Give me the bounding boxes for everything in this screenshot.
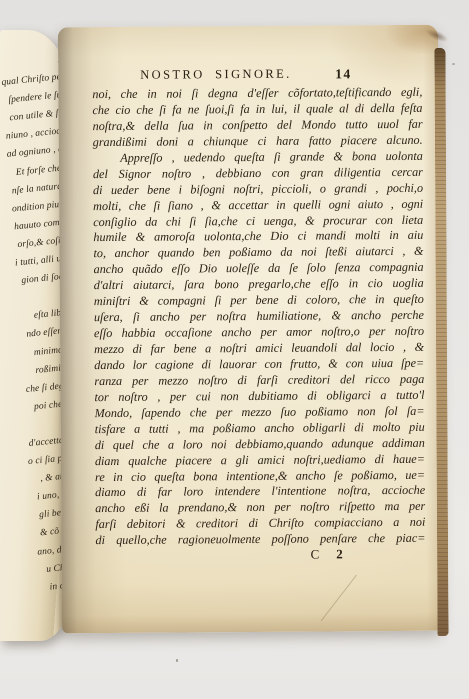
body-line: di quel che a loro noi debbiamo,quando a… <box>95 435 425 453</box>
book-photograph: Lqual Chriſto perſpendere le ſuacon util… <box>0 0 469 699</box>
page-number: 14 <box>335 66 352 82</box>
signature-mark: C 2 <box>311 546 343 562</box>
running-header: NOSTRO SIGNORE. 14 <box>58 66 438 86</box>
body-line: tor noſtro , per cui non dubitiamo di ob… <box>94 388 424 406</box>
body-line: Mondo, ſapendo che per mezzo ſuo poßiamo… <box>95 404 425 422</box>
dust-speck <box>176 659 178 662</box>
body-line: Appreſſo , uedendo queſta ſi grande & bo… <box>93 149 423 167</box>
recto-page: NOSTRO SIGNORE. 14 noi, che in noi ſi de… <box>58 25 442 634</box>
body-line: tisfare a tutti , ma poßiamo ancho oblig… <box>95 419 425 437</box>
body-line: di quello,che ragioneuolmente poſſono pe… <box>95 531 425 549</box>
body-line: grandißimi doni a chiunque ci hara fatto… <box>93 133 423 151</box>
body-line: del Signor noſtro , debbiano con gran di… <box>93 164 423 182</box>
signature-letter: C <box>311 547 320 563</box>
header-title: NOSTRO SIGNORE. <box>140 67 292 83</box>
crease-line <box>321 575 357 622</box>
dust-speck <box>452 63 455 65</box>
body-line: di ueder bene i biſogni noſtri, piccioli… <box>93 180 423 198</box>
fore-edge <box>434 48 448 636</box>
body-line: molti, che ſi ſiano , & accettar in quel… <box>93 196 423 214</box>
signature-number: 2 <box>336 546 343 562</box>
body-line: diam qualche piacere a gli amici noſtri,… <box>95 451 425 469</box>
body-text: noi, che in noi ſi degna d'eſſer cõforta… <box>92 85 425 549</box>
